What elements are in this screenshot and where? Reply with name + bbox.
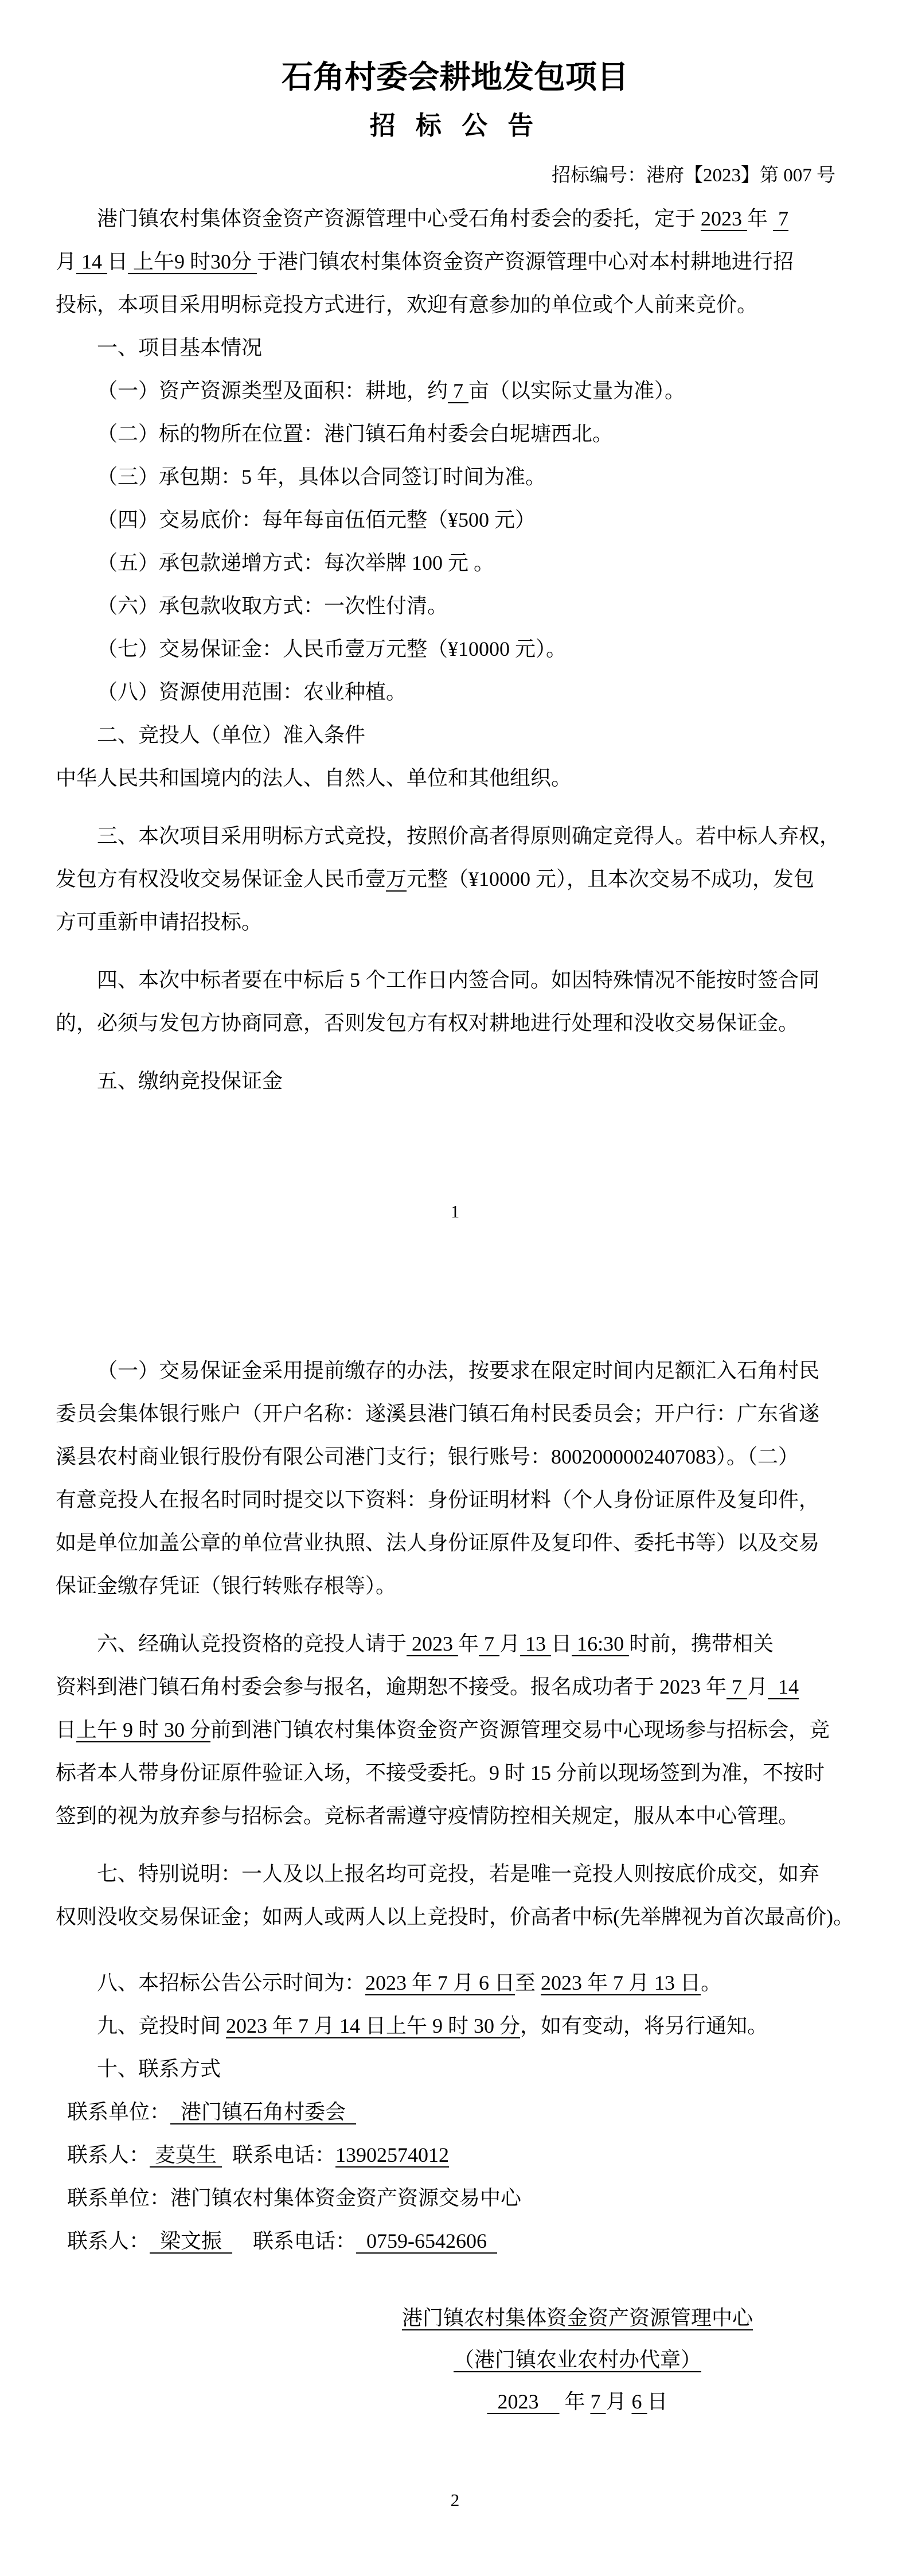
paragraph: 港门镇农村集体资金资产资源管理中心受石角村委会的委托，定于 2023 年 7月 … [56, 197, 854, 326]
document-sheet: 石角村委会耕地发包项目 招 标 公 告 招标编号：港府【2023】第 007 号… [0, 0, 910, 2576]
underlined-text: 上午 9 时 30 分 [76, 1718, 210, 1741]
paragraph: 中华人民共和国境内的法人、自然人、单位和其他组织。 [56, 757, 854, 800]
underlined-text: 上午9 时30分 [128, 250, 257, 273]
text-run: 月 [606, 2390, 631, 2413]
underlined-text: 16:30 [572, 1632, 629, 1655]
underlined-text: 6 [632, 2390, 647, 2413]
underlined-text: 14 [76, 250, 107, 273]
text-run: 年 [458, 1632, 479, 1655]
text-line: （七）交易保证金：人民币壹万元整（¥10000 元）。 [56, 628, 854, 671]
underlined-text: 麦莫生 [150, 2143, 222, 2166]
text-run: 标者本人带身份证原件验证入场，不接受委托。9 时 15 分前以现场签到为准，不按… [56, 1761, 825, 1784]
text-run: 签到的视为放弃参与招标会。竞标者需遵守疫情防控相关规定，服从本中心管理。 [56, 1804, 799, 1827]
underlined-text: 7 [773, 207, 788, 230]
text-run: 前到港门镇农村集体资金资产资源管理交易中心现场参与招标会，竞 [210, 1718, 830, 1741]
text-run: 港门镇农村集体资金资产资源管理中心受石角村委会的委托，定于 [97, 207, 701, 230]
text-run: 年 [559, 2390, 590, 2413]
paragraph: 十、联系方式 [56, 2048, 854, 2091]
signature-block: 港门镇农村集体资金资产资源管理中心（港门镇农业农村办代章） 2023 年 7 月… [245, 2297, 910, 2423]
text-run: 年 [747, 207, 773, 230]
underlined-text: 7 [727, 1675, 747, 1698]
text-run: （八）资源使用范围：农业种植。 [97, 680, 407, 703]
text-line: 联系单位：港门镇农村集体资金资产资源交易中心 [56, 2177, 854, 2220]
text-line: 保证金缴存凭证（银行转账存根等）。 [56, 1565, 854, 1608]
text-line: 一、项目基本情况 [56, 326, 854, 369]
paragraph: （五）承包款递增方式：每次举牌 100 元 。 [56, 542, 854, 585]
text-line: 七、特别说明：一人及以上报名均可竞投，若是唯一竞投人则按底价成交，如弃 [56, 1853, 854, 1896]
text-run: 六、经确认竞投资格的竞投人请于 [97, 1632, 407, 1655]
text-run: （一）交易保证金采用提前缴存的办法，按要求在限定时间内足额汇入石角村民 [97, 1359, 819, 1382]
underlined-text: 2023 [701, 207, 747, 230]
text-line: （三）承包期：5 年，具体以合同签订时间为准。 [56, 456, 854, 499]
text-line: 五、缴纳竞投保证金 [56, 1060, 854, 1103]
text-line: 六、经确认竞投资格的竞投人请于 2023 年 7 月 13 日 16:30 时前… [56, 1622, 854, 1666]
document-page-1: 港门镇农村集体资金资产资源管理中心受石角村委会的委托，定于 2023 年 7月 … [56, 197, 854, 1103]
page-number-2: 2 [56, 2489, 854, 2512]
paragraph: 港门镇农村集体资金资产资源管理中心 [245, 2297, 910, 2339]
text-run: 日 [107, 250, 128, 273]
text-line: 投标，本项目采用明标竞投方式进行，欢迎有意参加的单位或个人前来竞价。 [56, 283, 854, 326]
underlined-text: 2023 年 7 月 14 日上午 9 时 30 分 [226, 2014, 520, 2037]
text-run: 联系单位：港门镇农村集体资金资产资源交易中心 [67, 2186, 521, 2209]
text-line: 港门镇农村集体资金资产资源管理中心 [245, 2297, 910, 2339]
text-line: （二）标的物所在位置：港门镇石角村委会白坭塘西北。 [56, 413, 854, 456]
underlined-text: （港门镇农业农村办代章） [454, 2348, 701, 2371]
text-run: 于港门镇农村集体资金资产资源管理中心对本村耕地进行招 [257, 250, 794, 273]
text-run: 月 [747, 1675, 768, 1698]
text-run: 联系人： [67, 2229, 150, 2252]
text-run: 方可重新申请招投标。 [56, 910, 262, 933]
text-run: （二）标的物所在位置：港门镇石角村委会白坭塘西北。 [97, 422, 613, 445]
text-run: 委员会集体银行账户（开户名称：遂溪县港门镇石角村民委员会；开户行：广东省遂 [56, 1402, 819, 1425]
text-line: 四、本次中标者要在中标后 5 个工作日内签合同。如因特殊情况不能按时签合同 [56, 959, 854, 1002]
text-line: 2023 年 7 月 6 日 [245, 2381, 910, 2423]
text-run: 四、本次中标者要在中标后 5 个工作日内签合同。如因特殊情况不能按时签合同 [97, 968, 819, 991]
document-content: 石角村委会耕地发包项目 招 标 公 告 招标编号：港府【2023】第 007 号… [0, 0, 910, 2512]
paragraph: （港门镇农业农村办代章） [245, 2339, 910, 2381]
underlined-text: 2023 [407, 1632, 458, 1655]
text-line: 三、本次项目采用明标方式竞投，按照价高者得原则确定竞得人。若中标人弃权， [56, 815, 854, 858]
text-line: 八、本招标公告公示时间为：2023 年 7 月 6 日至 2023 年 7 月 … [56, 1962, 854, 2005]
text-line: 联系单位： 港门镇石角村委会 [56, 2091, 854, 2134]
text-line: 联系人： 梁文振 联系电话： 0759-6542606 [56, 2220, 854, 2263]
paragraph: 联系人： 梁文振 联系电话： 0759-6542606 [56, 2220, 854, 2263]
underlined-text: 7 [448, 379, 468, 402]
paragraph: 六、经确认竞投资格的竞投人请于 2023 年 7 月 13 日 16:30 时前… [56, 1622, 854, 1838]
paragraph: 九、竞投时间 2023 年 7 月 14 日上午 9 时 30 分，如有变动，将… [56, 2005, 854, 2048]
underlined-text: 7 [590, 2390, 606, 2413]
text-run: （六）承包款收取方式：一次性付清。 [97, 594, 448, 617]
text-run: 联系电话： [222, 2143, 335, 2166]
text-run: 如是单位加盖公章的单位营业执照、法人身份证原件及复印件、委托书等）以及交易 [56, 1531, 819, 1554]
paragraph: 七、特别说明：一人及以上报名均可竞投，若是唯一竞投人则按底价成交，如弃权则没收交… [56, 1853, 854, 1939]
text-run: 投标，本项目采用明标竞投方式进行，欢迎有意参加的单位或个人前来竞价。 [56, 293, 757, 316]
text-run: （五）承包款递增方式：每次举牌 100 元 。 [97, 551, 494, 574]
text-line: 有意竞投人在报名时同时提交以下资料：身份证明材料（个人身份证原件及复印件， [56, 1478, 854, 1522]
text-line: （港门镇农业农村办代章） [245, 2339, 910, 2381]
text-run: 资料到港门镇石角村委会参与报名，逾期恕不接受。报名成功者于 2023 年 [56, 1675, 727, 1698]
text-line: 如是单位加盖公章的单位营业执照、法人身份证原件及复印件、委托书等）以及交易 [56, 1522, 854, 1565]
text-line: （八）资源使用范围：农业种植。 [56, 671, 854, 714]
text-run: 元整（¥10000 元），且本次交易不成功，发包 [407, 867, 814, 890]
text-line: 日上午 9 时 30 分前到港门镇农村集体资金资产资源管理交易中心现场参与招标会… [56, 1709, 854, 1752]
text-run: 联系电话： [232, 2229, 356, 2252]
text-run: 。 [701, 1971, 721, 1994]
text-run: 三、本次项目采用明标方式竞投，按照价高者得原则确定竞得人。若中标人弃权， [97, 824, 840, 847]
text-run: 五、缴纳竞投保证金 [97, 1069, 283, 1092]
text-run: 的，必须与发包方协商同意，否则发包方有权对耕地进行处理和没收交易保证金。 [56, 1011, 799, 1034]
text-run: 八、本招标公告公示时间为： [97, 1971, 365, 1994]
text-run: 九、竞投时间 [97, 2014, 226, 2037]
underlined-text: 2023 年 7 月 13 日 [541, 1971, 701, 1994]
text-run: ，如有变动，将另行通知。 [520, 2014, 768, 2037]
text-run: 时前，携带相关 [629, 1632, 774, 1655]
text-run: 中华人民共和国境内的法人、自然人、单位和其他组织。 [56, 766, 572, 789]
text-line: 方可重新申请招投标。 [56, 901, 854, 944]
text-line: （五）承包款递增方式：每次举牌 100 元 。 [56, 542, 854, 585]
text-run: 亩（以实际丈量为准）。 [468, 379, 685, 402]
paragraph: 八、本招标公告公示时间为：2023 年 7 月 6 日至 2023 年 7 月 … [56, 1962, 854, 2005]
text-run: 十、联系方式 [97, 2057, 221, 2080]
text-line: （四）交易底价：每年每亩伍佰元整（¥500 元） [56, 499, 854, 542]
text-line: 月 14 日 上午9 时30分 于港门镇农村集体资金资产资源管理中心对本村耕地进… [56, 240, 854, 283]
paragraph: （三）承包期：5 年，具体以合同签订时间为准。 [56, 456, 854, 499]
text-line: 权则没收交易保证金；如两人或两人以上竞投时，价高者中标(先举牌视为首次最高价)。 [56, 1896, 854, 1939]
paragraph: 联系单位： 港门镇石角村委会 [56, 2091, 854, 2134]
text-run: （七）交易保证金：人民币壹万元整（¥10000 元）。 [97, 637, 567, 660]
text-line: 联系人： 麦莫生 联系电话：13902574012 [56, 2134, 854, 2177]
text-line: 十、联系方式 [56, 2048, 854, 2091]
text-line: 二、竞投人（单位）准入条件 [56, 714, 854, 757]
page-number-1: 1 [56, 1200, 854, 1223]
text-run: 日 [551, 1632, 572, 1655]
text-line: （六）承包款收取方式：一次性付清。 [56, 585, 854, 628]
text-run: （四）交易底价：每年每亩伍佰元整（¥500 元） [97, 508, 536, 531]
text-run: （三）承包期：5 年，具体以合同签订时间为准。 [97, 465, 546, 488]
text-run: 日 [56, 1718, 76, 1741]
text-line: 委员会集体银行账户（开户名称：遂溪县港门镇石角村民委员会；开户行：广东省遂 [56, 1392, 854, 1435]
tender-number: 招标编号：港府【2023】第 007 号 [56, 163, 854, 188]
paragraph: 联系人： 麦莫生 联系电话：13902574012 [56, 2134, 854, 2177]
paragraph: 联系单位：港门镇农村集体资金资产资源交易中心 [56, 2177, 854, 2220]
underlined-text: 港门镇农村集体资金资产资源管理中心 [402, 2306, 753, 2329]
text-line: 港门镇农村集体资金资产资源管理中心受石角村委会的委托，定于 2023 年 7 [56, 197, 854, 240]
text-line: 签到的视为放弃参与招标会。竞标者需遵守疫情防控相关规定，服从本中心管理。 [56, 1795, 854, 1838]
text-line: 发包方有权没收交易保证金人民币壹万元整（¥10000 元），且本次交易不成功，发… [56, 858, 854, 901]
paragraph: 一、项目基本情况 [56, 326, 854, 369]
document-page-2: （一）交易保证金采用提前缴存的办法，按要求在限定时间内足额汇入石角村民委员会集体… [56, 1349, 854, 2263]
underlined-text: 万 [386, 867, 407, 890]
text-line: （一）资产资源类型及面积：耕地，约 7 亩（以实际丈量为准）。 [56, 369, 854, 413]
underlined-text: 港门镇石角村委会 [170, 2100, 356, 2123]
text-run: 月 [499, 1632, 520, 1655]
text-run: 月 [56, 250, 76, 273]
text-run: 至 [515, 1971, 541, 1994]
text-line: （一）交易保证金采用提前缴存的办法，按要求在限定时间内足额汇入石角村民 [56, 1349, 854, 1392]
underlined-text: 13 [520, 1632, 551, 1655]
text-line: 资料到港门镇石角村委会参与报名，逾期恕不接受。报名成功者于 2023 年 7 月… [56, 1666, 854, 1709]
underlined-text: 2023 [487, 2390, 559, 2413]
text-run: 一、项目基本情况 [97, 336, 262, 359]
paragraph: 四、本次中标者要在中标后 5 个工作日内签合同。如因特殊情况不能按时签合同的，必… [56, 959, 854, 1045]
text-run: 联系人： [67, 2143, 150, 2166]
paragraph: （八）资源使用范围：农业种植。 [56, 671, 854, 714]
underlined-text: 0759-6542606 [356, 2229, 497, 2252]
text-run: 溪县农村商业银行股份有限公司港门支行；银行账号：8002000002407083… [56, 1445, 799, 1468]
page-title: 石角村委会耕地发包项目 [56, 0, 854, 96]
text-run: 日 [647, 2390, 668, 2413]
paragraph: （二）标的物所在位置：港门镇石角村委会白坭塘西北。 [56, 413, 854, 456]
text-run: 联系单位： [67, 2100, 170, 2123]
underlined-text: 梁文振 [150, 2229, 232, 2252]
doc-subtitle: 招 标 公 告 [56, 109, 854, 142]
text-line: 九、竞投时间 2023 年 7 月 14 日上午 9 时 30 分，如有变动，将… [56, 2005, 854, 2048]
text-run: 七、特别说明：一人及以上报名均可竞投，若是唯一竞投人则按底价成交，如弃 [97, 1862, 819, 1885]
paragraph: （一）交易保证金采用提前缴存的办法，按要求在限定时间内足额汇入石角村民委员会集体… [56, 1349, 854, 1608]
text-line: 的，必须与发包方协商同意，否则发包方有权对耕地进行处理和没收交易保证金。 [56, 1002, 854, 1045]
paragraph: 三、本次项目采用明标方式竞投，按照价高者得原则确定竞得人。若中标人弃权，发包方有… [56, 815, 854, 944]
underlined-text: 14 [768, 1675, 799, 1698]
paragraph: 二、竞投人（单位）准入条件 [56, 714, 854, 757]
text-line: 中华人民共和国境内的法人、自然人、单位和其他组织。 [56, 757, 854, 800]
paragraph: （四）交易底价：每年每亩伍佰元整（¥500 元） [56, 499, 854, 542]
text-run: 发包方有权没收交易保证金人民币壹 [56, 867, 386, 890]
text-run: 权则没收交易保证金；如两人或两人以上竞投时，价高者中标(先举牌视为首次最高价)。 [56, 1905, 854, 1928]
underlined-text: 7 [479, 1632, 499, 1655]
paragraph: 2023 年 7 月 6 日 [245, 2381, 910, 2423]
underlined-text: 2023 年 7 月 6 日 [365, 1971, 515, 1994]
text-line: 溪县农村商业银行股份有限公司港门支行；银行账号：8002000002407083… [56, 1435, 854, 1478]
text-run: 保证金缴存凭证（银行转账存根等）。 [56, 1574, 396, 1597]
underlined-text: 13902574012 [335, 2143, 449, 2166]
text-run: 二、竞投人（单位）准入条件 [97, 723, 365, 746]
text-run: （一）资产资源类型及面积：耕地，约 [97, 379, 448, 402]
paragraph: （七）交易保证金：人民币壹万元整（¥10000 元）。 [56, 628, 854, 671]
paragraph: （六）承包款收取方式：一次性付清。 [56, 585, 854, 628]
paragraph: 五、缴纳竞投保证金 [56, 1060, 854, 1103]
paragraph: （一）资产资源类型及面积：耕地，约 7 亩（以实际丈量为准）。 [56, 369, 854, 413]
text-line: 标者本人带身份证原件验证入场，不接受委托。9 时 15 分前以现场签到为准，不按… [56, 1752, 854, 1795]
text-run: 有意竞投人在报名时同时提交以下资料：身份证明材料（个人身份证原件及复印件， [56, 1488, 819, 1511]
